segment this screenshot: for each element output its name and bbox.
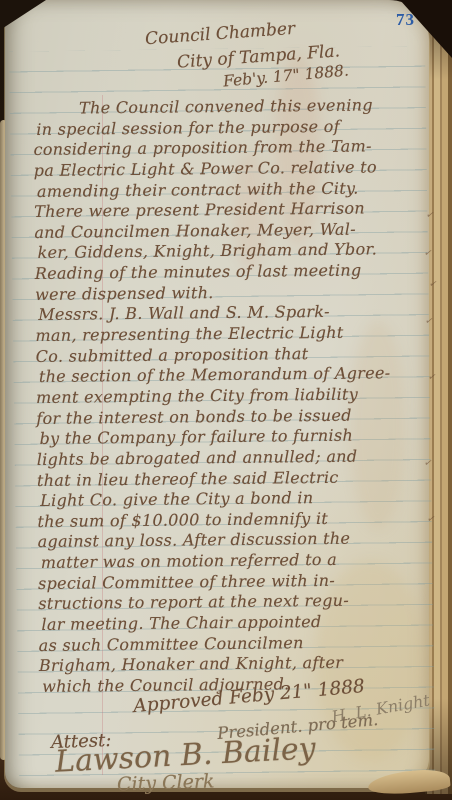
heading-place: Council Chamber (144, 19, 295, 49)
body-line: The Council convened this evening (33, 95, 431, 120)
minutes-body: The Council convened this evening in spe… (33, 95, 437, 698)
body-line: ker, Giddens, Knight, Brigham and Ybor. (35, 239, 433, 264)
ledger-photo: 73 Council Chamber City of Tampa, Fla. F… (0, 0, 452, 800)
ledger-page: 73 Council Chamber City of Tampa, Fla. F… (5, 0, 429, 788)
clerk-title: City Clerk (117, 770, 215, 795)
body-line: pa Electric Light & Power Co. relative t… (34, 157, 432, 182)
body-line: the section of the Memorandum of Agree- (36, 363, 434, 388)
